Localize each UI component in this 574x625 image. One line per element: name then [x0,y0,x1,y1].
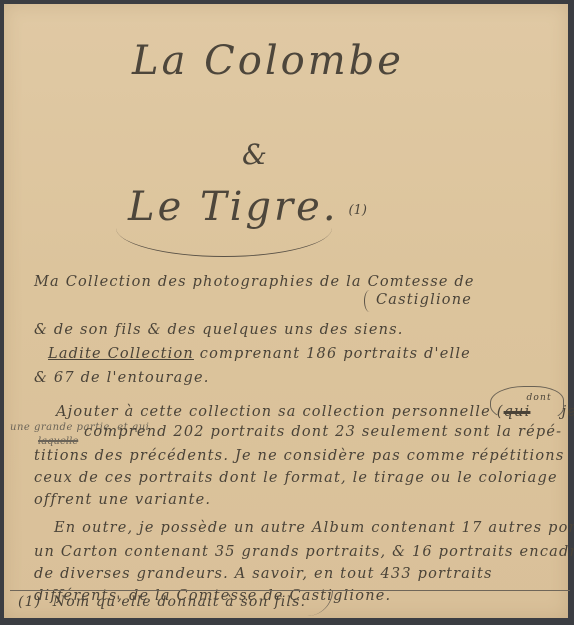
title-footnote-ref: (1) [349,203,367,218]
underlined-ladite-collection: Ladite Collection [48,346,194,362]
body-line-8: ceux de ces portraits dont le format, le… [34,470,558,486]
insert-dont: dont [526,393,551,403]
struck-word-laquelle: laquelle [38,436,78,447]
title-underline-swash [116,228,332,257]
title-le-tigre-text: Le Tigre. [128,184,339,230]
footnote-marker: (1) [18,594,41,610]
title-ampersand: & [242,138,270,171]
footnote: (1) Nom qu'elle donnait à son fils. [18,594,306,610]
title-le-tigre: Le Tigre.(1) [128,184,367,230]
body-line-5-text: Ajouter à cette collection sa collection… [56,404,504,420]
castiglione-bracket [364,290,375,312]
body-line-1-castiglione: Castiglione [376,292,472,308]
body-line-5: Ajouter à cette collection sa collection… [56,404,574,420]
body-line-3-rest: comprenant 186 portraits d'elle [194,346,471,362]
body-line-2: & de son fils & des quelques uns des sie… [34,322,404,338]
body-line-10: En outre, je possède un autre Album cont… [54,520,574,536]
body-line-6: comprend 202 portraits dont 23 seulement… [84,424,562,440]
struck-word-qui: qui [504,404,531,420]
body-line-5-end: je possède) [556,404,574,420]
body-line-7: titions des précédents. Je ne considère … [34,448,564,464]
body-line-11: un Carton contenant 35 grands portraits,… [34,544,574,560]
body-line-3: Ladite Collection comprenant 186 portrai… [48,346,471,362]
body-line-9: offrent une variante. [34,492,211,508]
body-line-12: de diverses grandeurs. A savoir, en tout… [34,566,493,582]
body-line-4: & 67 de l'entourage. [34,370,210,386]
manuscript-page: La Colombe & Le Tigre.(1) Ma Collection … [4,4,568,618]
footnote-text: Nom qu'elle donnait à son fils. [53,594,306,610]
body-line-1: Ma Collection des photographies de la Co… [34,274,475,290]
title-la-colombe: La Colombe [132,38,404,84]
